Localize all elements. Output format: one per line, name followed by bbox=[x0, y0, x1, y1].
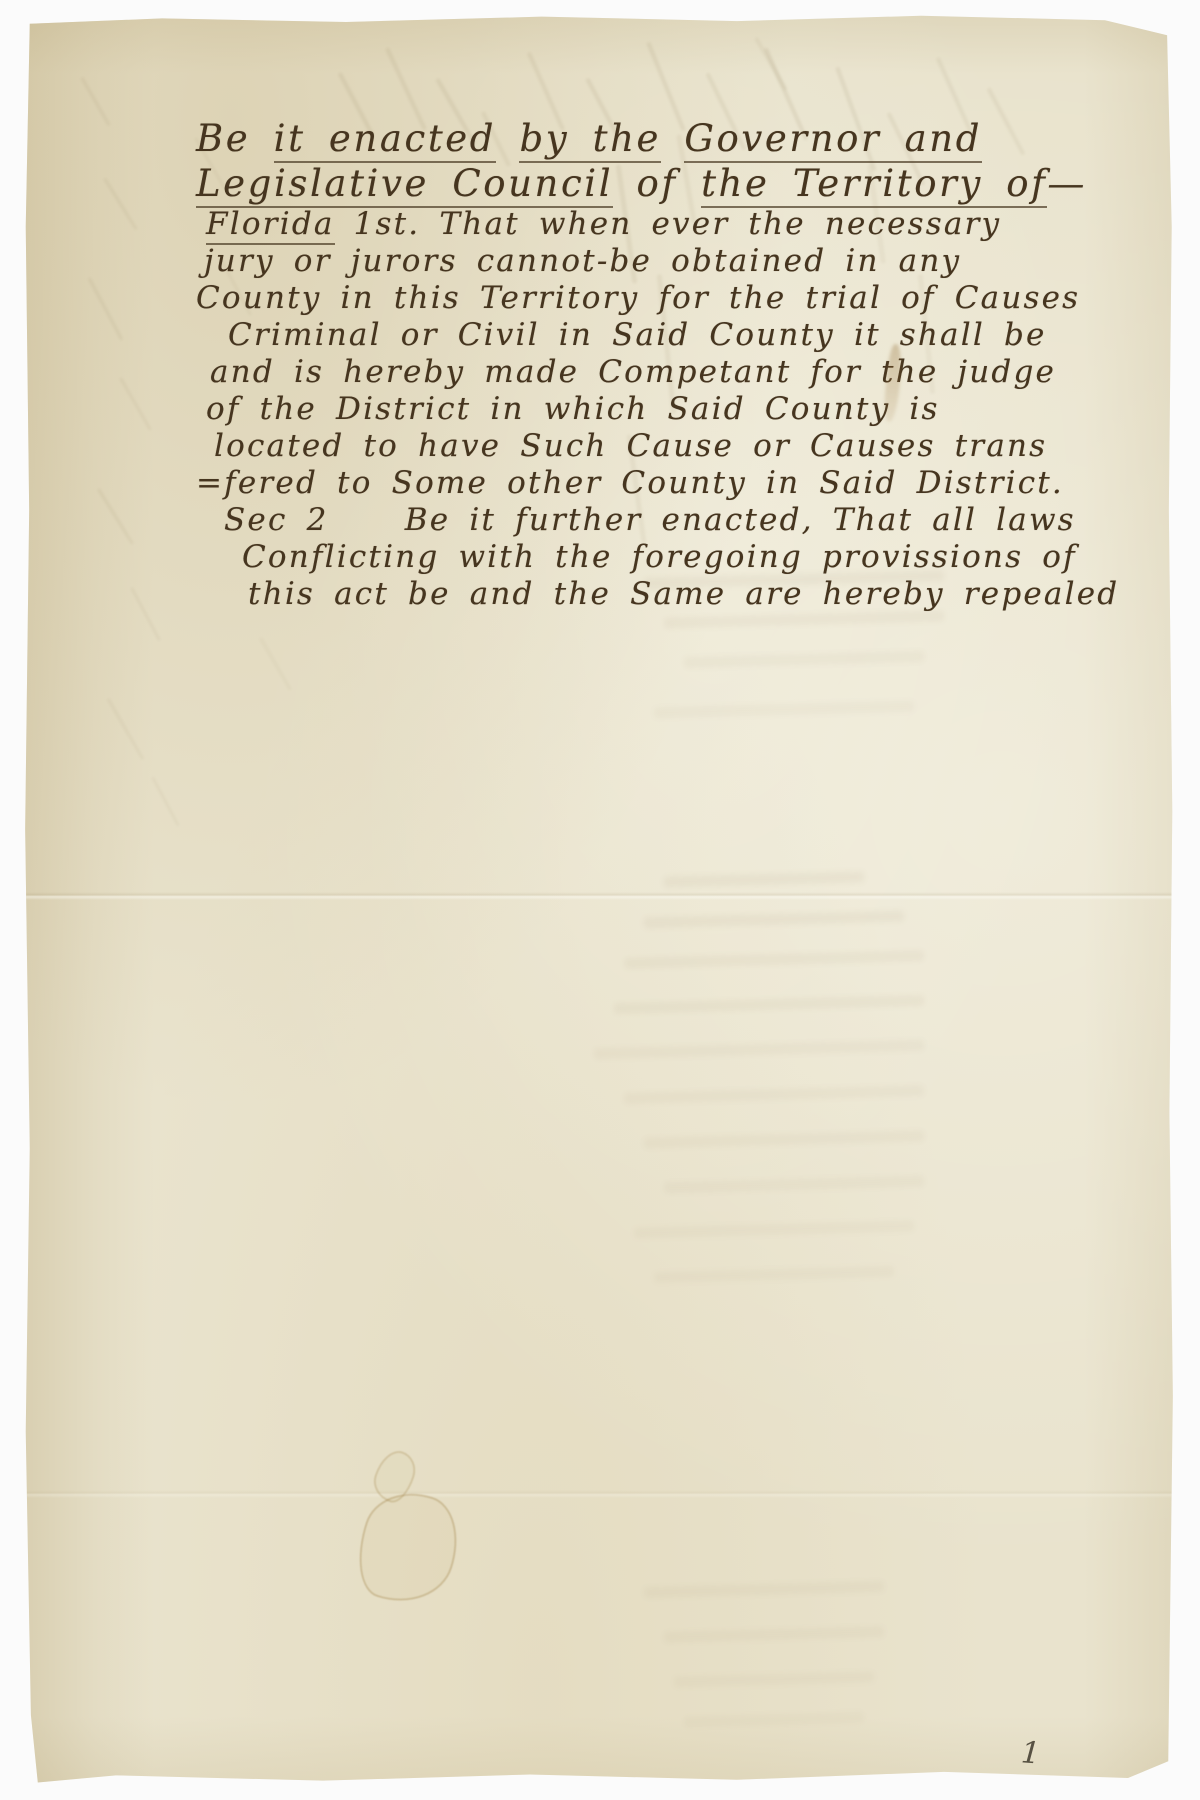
ghost-text-row bbox=[684, 651, 924, 668]
manuscript-line-8: of the District in which Said County is bbox=[206, 391, 1076, 428]
ghost-text-row bbox=[664, 1626, 884, 1643]
manuscript-text: Be it enacted by the Governor andLegisla… bbox=[196, 116, 1076, 613]
ghost-text-row bbox=[644, 1130, 924, 1148]
underlined-text: the Territory of bbox=[701, 162, 1047, 208]
ghost-stroke bbox=[103, 178, 137, 230]
fold-crease-lower bbox=[24, 1490, 1174, 1498]
ghost-text-row bbox=[654, 1266, 894, 1283]
underlined-text: it enacted bbox=[274, 117, 496, 163]
ghost-stroke bbox=[88, 277, 124, 340]
ghost-text-row bbox=[664, 610, 944, 628]
underlined-text: by the bbox=[519, 117, 661, 163]
manuscript-line-12: Conflicting with the foregoing provissio… bbox=[242, 539, 1076, 576]
manuscript-line-10: =fered to Some other County in Said Dist… bbox=[196, 465, 1076, 502]
ghost-text-row bbox=[684, 1712, 864, 1728]
underlined-text: Legislative Council bbox=[196, 162, 613, 208]
paper-stain bbox=[345, 1480, 471, 1616]
ghost-stroke bbox=[119, 377, 152, 430]
page-mark: 1 bbox=[1020, 1735, 1041, 1771]
ghost-stroke bbox=[107, 698, 145, 760]
ghost-stroke bbox=[80, 77, 110, 126]
ghost-stroke bbox=[130, 587, 161, 641]
manuscript-line-3: Florida 1st. That when ever the necessar… bbox=[206, 206, 1076, 243]
ghost-stroke bbox=[259, 637, 292, 690]
ghost-stroke bbox=[754, 37, 787, 91]
underlined-text: Governor and bbox=[684, 117, 982, 163]
text-segment: located to have Such Cause or Causes tra… bbox=[214, 428, 1047, 464]
ghost-text-row bbox=[664, 871, 864, 887]
ghost-text-row bbox=[624, 1085, 924, 1104]
ghost-text-row bbox=[644, 911, 904, 929]
text-segment: Conflicting with the foregoing provissio… bbox=[242, 539, 1077, 575]
text-segment: 1st. That when ever the necessary bbox=[335, 206, 1002, 242]
text-segment: of the District in which Said County is bbox=[206, 391, 940, 427]
ghost-text-row bbox=[634, 1220, 914, 1238]
manuscript-line-6: Criminal or Civil in Said County it shal… bbox=[228, 317, 1076, 354]
ghost-text-row bbox=[624, 950, 924, 969]
ghost-text-row bbox=[594, 1040, 924, 1060]
manuscript-line-4: jury or jurors cannot-be obtained in any bbox=[204, 243, 1076, 280]
text-segment: — bbox=[1047, 162, 1087, 205]
text-segment: and is hereby made Competant for the jud… bbox=[210, 354, 1056, 390]
manuscript-line-5: County in this Territory for the trial o… bbox=[196, 280, 1076, 317]
manuscript-line-7: and is hereby made Competant for the jud… bbox=[210, 354, 1076, 391]
ghost-text-row bbox=[654, 701, 914, 719]
fold-crease-upper bbox=[24, 892, 1174, 900]
ghost-stroke bbox=[97, 488, 134, 545]
text-segment: County in this Territory for the trial o… bbox=[196, 280, 1080, 316]
manuscript-line-2: Legislative Council of the Territory of— bbox=[196, 161, 1076, 206]
manuscript-line-13: this act be and the Same are hereby repe… bbox=[248, 576, 1076, 613]
manuscript-line-9: located to have Such Cause or Causes tra… bbox=[214, 428, 1076, 465]
underlined-text: Florida bbox=[206, 206, 335, 245]
manuscript-line-1: Be it enacted by the Governor and bbox=[196, 116, 1076, 161]
text-segment: Sec 2 Be it further enacted, That all la… bbox=[224, 502, 1076, 538]
ghost-stroke bbox=[151, 777, 179, 827]
ghost-text-row bbox=[614, 995, 924, 1014]
ghost-text-row bbox=[674, 1671, 874, 1687]
text-segment: jury or jurors cannot-be obtained in any bbox=[204, 243, 961, 279]
manuscript-page: Be it enacted by the Governor andLegisla… bbox=[24, 14, 1174, 1786]
ghost-text-row bbox=[664, 1176, 924, 1194]
manuscript-line-11: Sec 2 Be it further enacted, That all la… bbox=[224, 502, 1076, 539]
text-segment: of bbox=[613, 162, 701, 205]
ghost-text-row bbox=[644, 1581, 884, 1598]
text-segment: =fered to Some other County in Said Dist… bbox=[196, 465, 1064, 501]
text-segment: this act be and the Same are hereby repe… bbox=[248, 576, 1119, 612]
text-segment bbox=[661, 117, 684, 160]
text-segment bbox=[496, 117, 519, 160]
text-segment: Criminal or Civil in Said County it shal… bbox=[228, 317, 1047, 353]
text-segment: Be bbox=[196, 117, 274, 160]
